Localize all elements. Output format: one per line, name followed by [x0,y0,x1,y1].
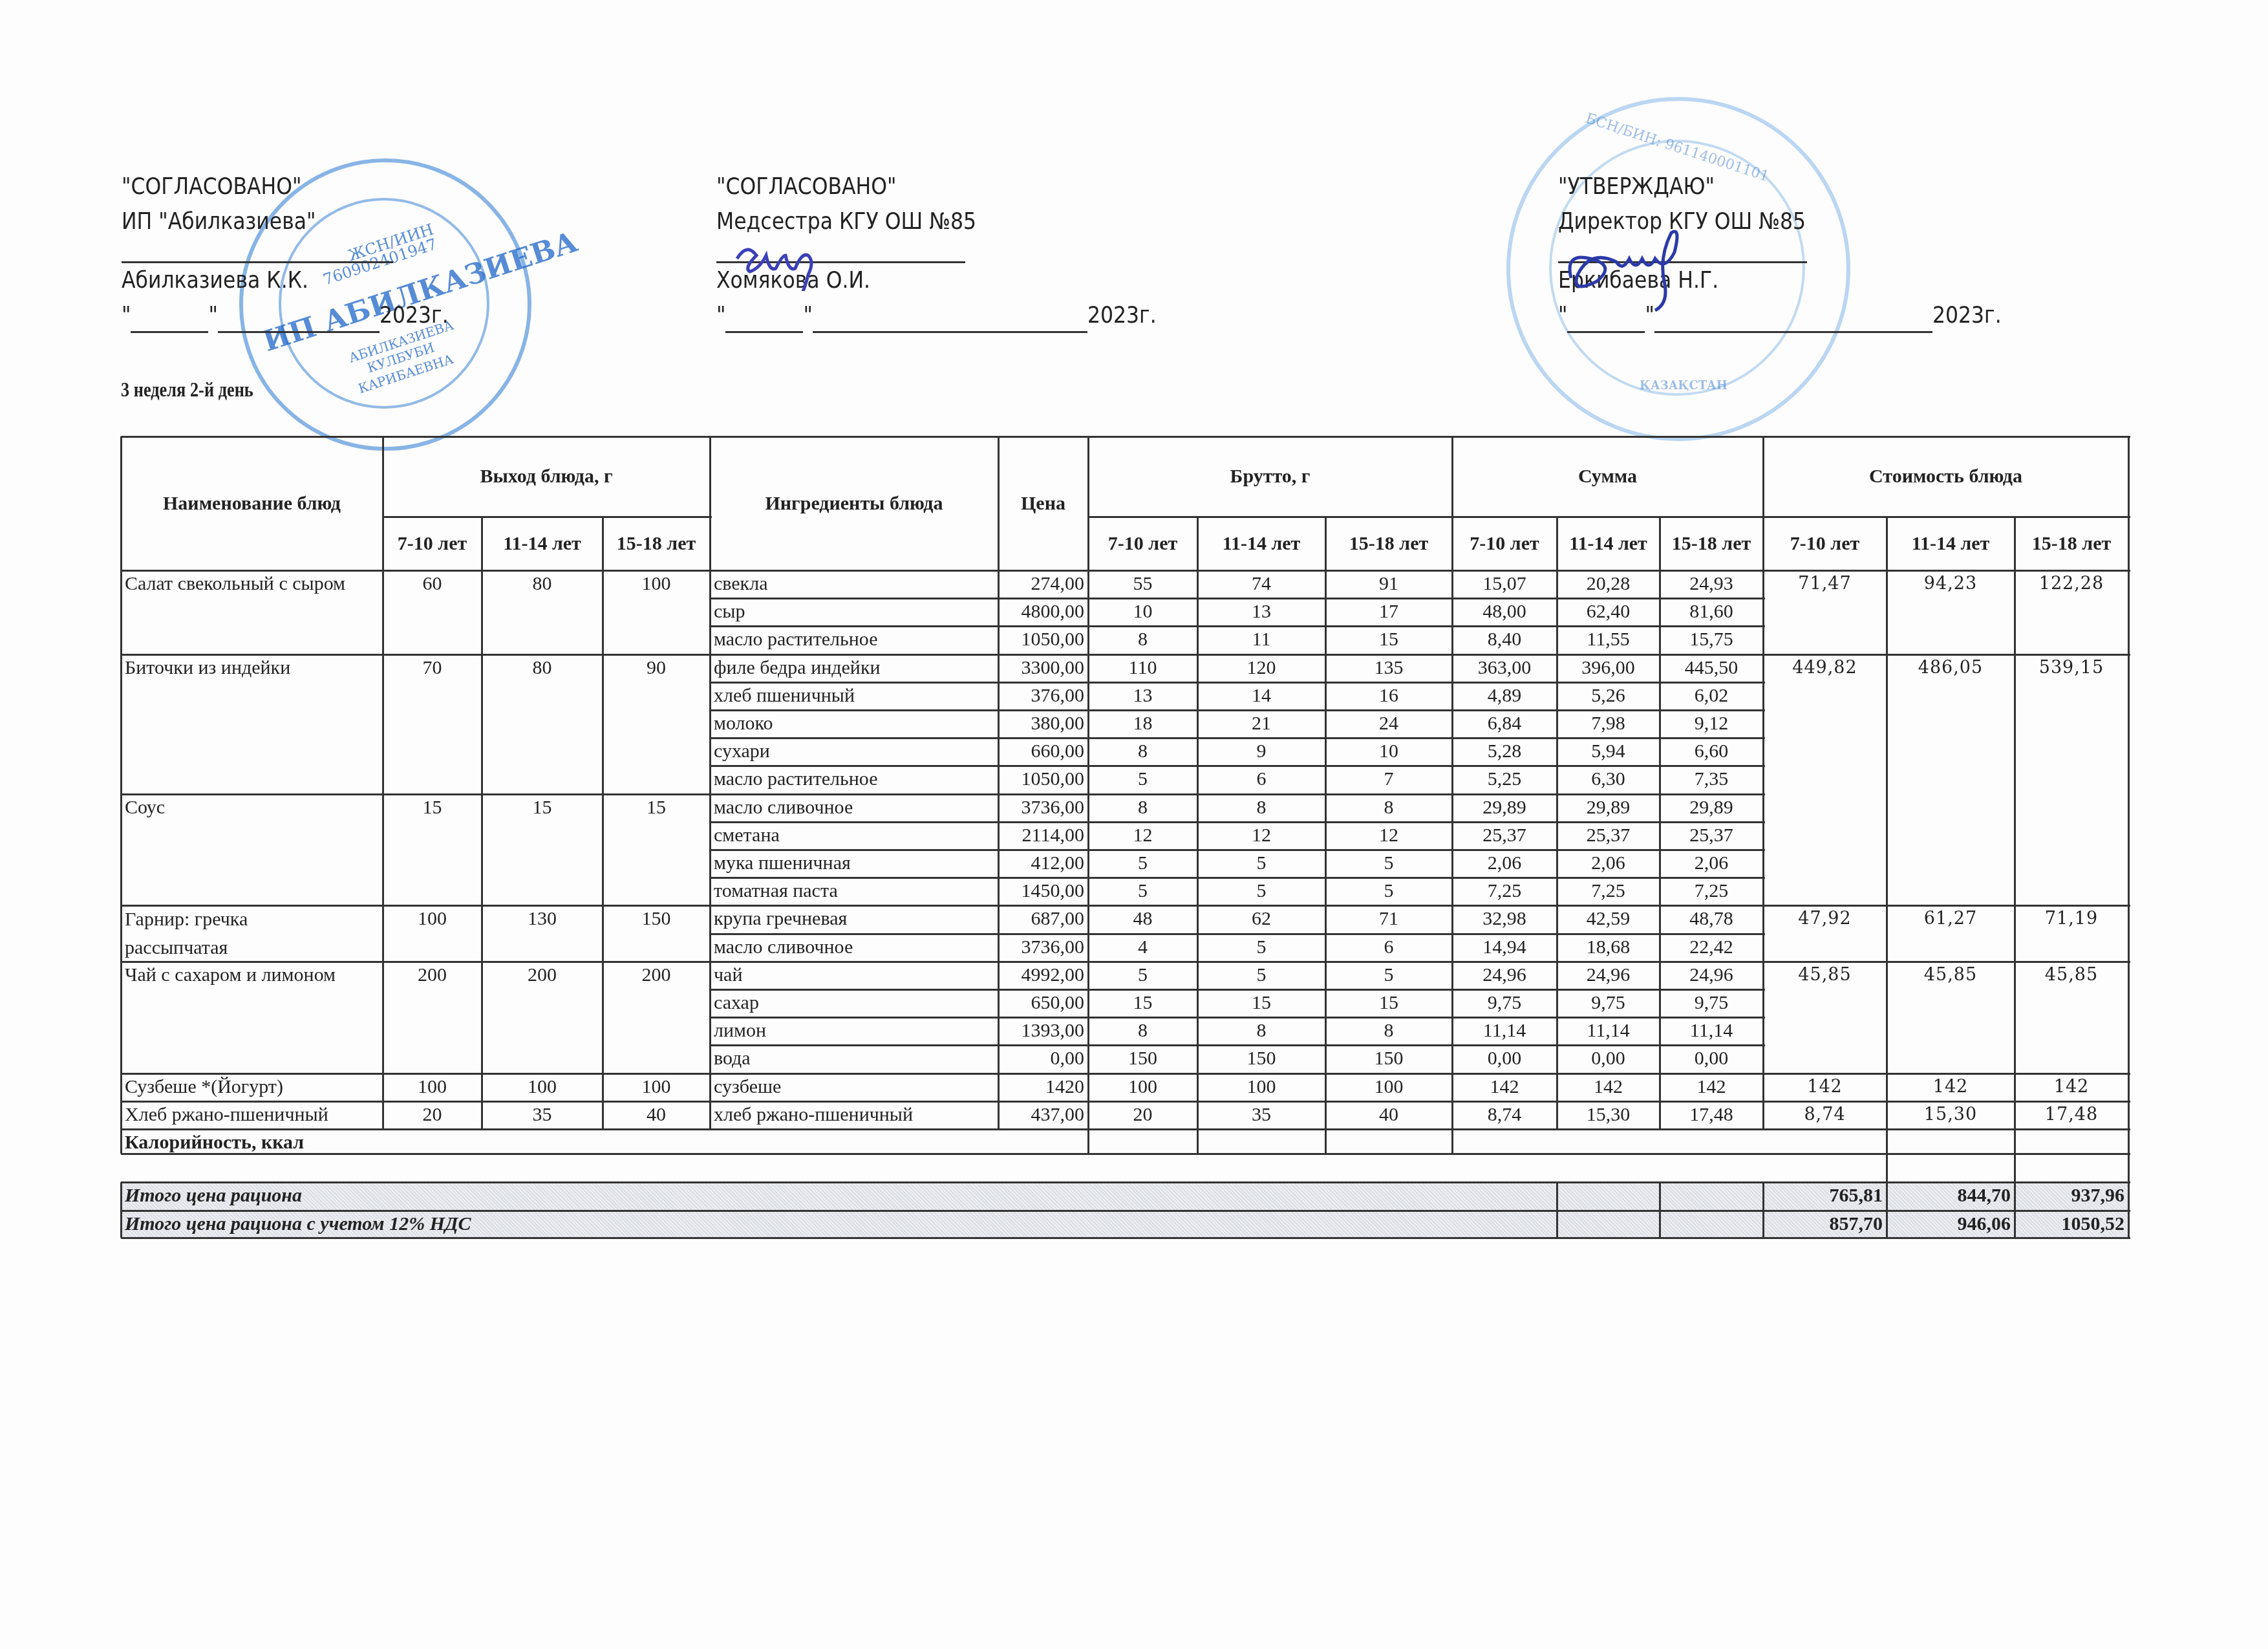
ingredient-sum: 7,25 [1557,878,1660,905]
ingredient-price: 274,00 [998,570,1088,598]
grid-line [120,1073,122,1101]
grid-line [1451,794,1453,906]
grid-line [998,962,1000,1073]
grid-line [481,1101,483,1129]
ingredient-gross: 16 [1325,682,1452,710]
grid-line [2014,1182,2016,1238]
grid-line [709,654,711,794]
ingredient-sum: 48,78 [1660,905,1763,933]
ingredient-gross: 21 [1197,710,1325,738]
ingredient-gross: 8 [1325,794,1452,822]
dish-cost: 45,85 [2015,962,2128,1073]
grid-line [1087,794,1089,906]
total-label: Итого цена рациона [121,1182,1557,1211]
total-empty-cell [1557,1211,1660,1238]
header-age-group: 7-10 лет [1088,517,1197,570]
dish-yield: 200 [383,962,482,1073]
ingredient-gross: 5 [1325,878,1452,905]
ingredient-gross: 100 [1325,1073,1452,1101]
dish-name-line: Гарнир: гречка [125,905,379,933]
grid-line [1325,570,1327,654]
ingredient-sum: 17,48 [1660,1101,1763,1129]
ingredient-gross: 6 [1197,766,1325,793]
header-age-group: 11-14 лет [482,517,603,570]
ingredient-gross: 13 [1088,682,1197,710]
grid-line [481,1073,483,1101]
total-vat-label: Итого цена рациона с учетом 12% НДС [121,1211,1557,1238]
ingredient-gross: 5 [1197,878,1325,905]
dish-cost: 15,30 [1887,1101,2015,1129]
ingredient-sum: 11,14 [1557,1017,1660,1045]
ingredient-sum: 15,07 [1452,570,1557,598]
ingredient-gross: 15 [1325,626,1452,654]
grid-line [710,1017,1765,1018]
dish-cost: 17,48 [2015,1101,2128,1129]
ingredient-price: 687,00 [998,905,1088,933]
grid-line [120,1129,122,1154]
ingredient-gross: 62 [1197,905,1325,933]
ingredient-gross: 5 [1088,766,1197,793]
ingredient-gross: 13 [1197,598,1325,626]
ingredient-sum: 6,84 [1452,710,1557,738]
dish-yield: 60 [383,570,482,654]
grid-line [1763,961,2130,963]
ingredient-price: 1050,00 [998,626,1088,654]
ingredient-sum: 48,00 [1452,598,1557,626]
ingredient-gross: 100 [1088,1073,1197,1101]
ingredient-sum: 445,50 [1660,654,1763,682]
ingredient-name: молоко [710,710,998,738]
grid-line [602,1073,604,1101]
grid-line [1325,1073,1327,1101]
dish-yield: 100 [383,1073,482,1101]
ingredient-name: масло растительное [710,626,998,654]
ingredient-price: 1050,00 [998,766,1088,793]
ingredient-price: 3300,00 [998,654,1088,682]
dish-yield: 130 [482,905,603,961]
grid-line [1762,1073,1764,1101]
ingredient-price: 4992,00 [998,962,1088,989]
ingredient-sum: 396,00 [1557,654,1660,682]
grid-line [121,570,1765,572]
ingredient-sum: 14,94 [1452,934,1557,962]
ingredient-sum: 9,75 [1660,989,1763,1017]
ingredient-sum: 7,25 [1452,878,1557,905]
grid-line [382,570,384,654]
ingredient-sum: 11,55 [1557,626,1660,654]
grid-line [710,598,1765,599]
header-gross: Брутто, г [1088,436,1452,517]
grid-line [998,1101,1000,1129]
grid-line [120,905,122,961]
header-yield: Выход блюда, г [383,436,710,517]
grid-line [1451,570,1453,654]
total-vat-value: 1050,52 [2015,1211,2128,1238]
ingredient-sum: 25,37 [1452,822,1557,850]
ingredient-sum: 142 [1557,1073,1660,1101]
grid-line [382,794,384,906]
ingredient-name: филе бедра индейки [710,654,998,682]
grid-line [1451,436,1453,570]
grid-line [2128,962,2130,1073]
total-value: 765,81 [1763,1182,1887,1211]
dish-cost: 45,85 [1763,962,1887,1073]
ingredient-gross: 11 [1197,626,1325,654]
grid-line [998,654,1000,794]
menu-table: Наименование блюдВыход блюда, гИнгредиен… [0,0,2268,1649]
grid-line [1451,1129,1453,1154]
grid-line [1659,570,1661,654]
grid-line [1659,654,1661,794]
ingredient-sum: 15,30 [1557,1101,1660,1129]
grid-line [121,905,1765,907]
dish-name: Хлеб ржано-пшеничный [121,1101,383,1129]
ingredient-gross: 120 [1197,654,1325,682]
header-age-group: 15-18 лет [1325,517,1452,570]
header-age-group: 7-10 лет [383,517,482,570]
ingredient-sum: 0,00 [1557,1045,1660,1073]
dish-yield: 15 [603,794,710,906]
grid-line [2014,1073,2016,1101]
grid-line [602,517,604,570]
ingredient-sum: 142 [1452,1073,1557,1101]
grid-line [1762,962,1764,1073]
grid-line [998,794,1000,906]
grid-line [1762,905,1764,961]
grid-line [710,821,1765,823]
grid-line [121,436,2130,438]
grid-line [382,1101,384,1129]
grid-line [121,1073,1765,1075]
ingredient-name: хлеб пшеничный [710,682,998,710]
grid-line [1556,1073,1558,1101]
ingredient-name: сухари [710,738,998,766]
ingredient-gross: 8 [1325,1017,1452,1045]
grid-line [2128,1073,2130,1101]
dish-yield: 200 [603,962,710,1073]
ingredient-gross: 9 [1197,738,1325,766]
dish-yield: 100 [603,570,710,654]
grid-line [1886,570,1888,654]
dish-yield: 40 [603,1101,710,1129]
ingredient-sum: 42,59 [1557,905,1660,933]
grid-line [382,962,384,1073]
ingredient-gross: 5 [1197,850,1325,878]
grid-line [2014,1154,2016,1182]
grid-line [709,1101,711,1129]
ingredient-sum: 5,25 [1452,766,1557,793]
dish-name: Гарнир: гречкарассыпчатая [121,905,383,961]
grid-line [1087,436,1089,570]
ingredient-name: вода [710,1045,998,1073]
dish-cost: 449,82 [1763,654,1887,906]
grid-line [1451,905,1453,961]
grid-line [1763,1073,2130,1075]
ingredient-sum: 29,89 [1557,794,1660,822]
menu-document-page: ИП АБИЛКАЗИЕВА ЖСН/ИИН 760902401947 АБИЛ… [0,0,2268,1649]
total-vat-value: 946,06 [1887,1211,2015,1238]
ingredient-sum: 7,25 [1660,878,1763,905]
ingredient-price: 380,00 [998,710,1088,738]
ingredient-sum: 11,14 [1452,1017,1557,1045]
grid-line [1556,570,1558,654]
ingredient-name: хлеб ржано-пшеничный [710,1101,998,1129]
dish-cost: 142 [1763,1073,1887,1101]
grid-line [382,436,384,570]
dish-yield: 35 [482,1101,603,1129]
grid-line [1762,1182,1764,1238]
grid-line [2128,1101,2130,1129]
grid-line [998,905,1000,961]
ingredient-gross: 55 [1088,570,1197,598]
header-age-group: 11-14 лет [1887,517,2015,570]
ingredient-name: масло сливочное [710,794,998,822]
grid-line [602,794,604,906]
ingredient-sum: 2,06 [1557,850,1660,878]
grid-line [1087,1129,1089,1154]
ingredient-gross: 91 [1325,570,1452,598]
grid-line [120,794,122,906]
ingredient-sum: 0,00 [1452,1045,1557,1073]
ingredient-price: 4800,00 [998,598,1088,626]
dish-yield: 100 [603,1073,710,1101]
ingredient-sum: 6,02 [1660,682,1763,710]
dish-yield: 15 [383,794,482,906]
dish-name-line: рассыпчатая [125,934,379,962]
ingredient-gross: 12 [1088,822,1197,850]
header-age-group: 7-10 лет [1763,517,1887,570]
ingredient-name: крупа гречневая [710,905,998,933]
total-empty-cell [1660,1211,1763,1238]
dish-cost: 486,05 [1887,654,2015,906]
ingredient-gross: 5 [1325,962,1452,989]
ingredient-price: 3736,00 [998,794,1088,822]
dish-yield: 15 [482,794,603,906]
ingredient-sum: 29,89 [1660,794,1763,822]
grid-line [1197,905,1199,961]
dish-yield: 70 [383,654,482,794]
ingredient-sum: 24,96 [1660,962,1763,989]
ingredient-gross: 5 [1197,934,1325,962]
ingredient-price: 1393,00 [998,1017,1088,1045]
grid-line [120,1101,122,1129]
ingredient-price: 437,00 [998,1101,1088,1129]
grid-line [383,516,712,518]
dish-cost: 539,15 [2015,654,2128,906]
grid-line [481,962,483,1073]
grid-line [481,654,483,794]
grid-line [1659,1182,1661,1238]
ingredient-gross: 4 [1088,934,1197,962]
ingredient-sum: 32,98 [1452,905,1557,933]
dish-yield: 150 [603,905,710,961]
grid-line [710,765,1765,767]
ingredient-sum: 142 [1660,1073,1763,1101]
grid-line [2014,1129,2016,1154]
grid-line [710,877,1765,879]
header-price: Цена [998,436,1088,570]
header-age-group: 15-18 лет [1660,517,1763,570]
grid-line [2014,570,2016,654]
grid-line [1087,570,1089,654]
ingredient-sum: 24,93 [1660,570,1763,598]
ingredient-sum: 9,75 [1557,989,1660,1017]
ingredient-gross: 12 [1197,822,1325,850]
dish-cost: 122,28 [2015,570,2128,654]
grid-line [1325,654,1327,794]
grid-line [120,436,122,570]
ingredient-gross: 5 [1088,850,1197,878]
grid-line [1556,517,1558,570]
ingredient-gross: 110 [1088,654,1197,682]
grid-line [1762,436,1764,570]
grid-line [1659,1073,1661,1101]
dish-yield: 90 [603,654,710,794]
ingredient-sum: 2,06 [1660,850,1763,878]
grid-line [121,1101,1765,1103]
ingredient-gross: 40 [1325,1101,1452,1129]
dish-cost: 71,47 [1763,570,1887,654]
grid-line [1197,517,1199,570]
grid-line [2014,905,2016,961]
grid-line [481,517,483,570]
grid-line [2014,517,2016,570]
grid-line [2128,570,2130,654]
grid-line [1886,905,1888,961]
ingredient-gross: 17 [1325,598,1452,626]
ingredient-gross: 8 [1197,794,1325,822]
grid-line [709,962,711,1073]
grid-line [602,1101,604,1129]
grid-line [709,436,711,570]
ingredient-gross: 15 [1088,989,1197,1017]
ingredient-sum: 81,60 [1660,598,1763,626]
grid-line [1763,905,2130,907]
grid-line [382,905,384,961]
ingredient-sum: 2,06 [1452,850,1557,878]
ingredient-gross: 150 [1088,1045,1197,1073]
dish-yield: 80 [482,654,603,794]
ingredient-gross: 5 [1197,962,1325,989]
grid-line [1556,1101,1558,1129]
total-empty-cell [1557,1182,1660,1211]
ingredient-sum: 15,75 [1660,626,1763,654]
grid-line [1556,905,1558,961]
dish-name: Соус [121,794,383,906]
dish-yield: 80 [482,570,603,654]
grid-line [709,905,711,961]
grid-line [1197,654,1199,794]
header-cost: Стоимость блюда [1763,436,2128,517]
grid-line [1325,905,1327,961]
ingredient-gross: 8 [1088,738,1197,766]
grid-line [120,1182,122,1238]
dish-cost: 61,27 [1887,905,2015,961]
grid-line [1197,1101,1199,1129]
ingredient-gross: 24 [1325,710,1452,738]
grid-line [1556,794,1558,906]
grid-line [998,570,1000,654]
grid-line [710,1044,1765,1046]
ingredient-sum: 6,60 [1660,738,1763,766]
grid-line [1659,517,1661,570]
ingredient-gross: 18 [1088,710,1197,738]
grid-line [481,905,483,961]
grid-line [1087,1101,1089,1129]
ingredient-gross: 35 [1197,1101,1325,1129]
grid-line [1659,962,1661,1073]
grid-line [710,849,1765,851]
ingredient-sum: 20,28 [1557,570,1660,598]
grid-line [1659,1101,1661,1129]
ingredient-gross: 15 [1325,989,1452,1017]
grid-line [121,1181,2130,1183]
grid-line [1886,1073,1888,1101]
grid-line [1087,962,1089,1073]
grid-line [1451,1073,1453,1101]
header-dish-name: Наименование блюд [121,436,383,570]
grid-line [121,1210,2130,1212]
grid-line [1886,1182,1888,1238]
ingredient-gross: 5 [1088,878,1197,905]
ingredient-gross: 20 [1088,1101,1197,1129]
ingredient-gross: 8 [1088,794,1197,822]
ingredient-gross: 150 [1197,1045,1325,1073]
grid-line [1763,1101,2130,1103]
ingredient-gross: 7 [1325,766,1452,793]
grid-line [382,1073,384,1101]
grid-line [602,962,604,1073]
ingredient-gross: 5 [1088,962,1197,989]
grid-line [602,570,604,654]
ingredient-price: 0,00 [998,1045,1088,1073]
grid-line [120,570,122,654]
ingredient-sum: 11,14 [1660,1017,1763,1045]
grid-line [2128,1182,2130,1238]
grid-line [2128,905,2130,961]
grid-line [1886,1129,1888,1154]
ingredient-sum: 62,40 [1557,598,1660,626]
ingredient-name: чай [710,962,998,989]
ingredient-gross: 8 [1197,1017,1325,1045]
grid-line [1197,794,1199,906]
grid-line [1886,1154,1888,1182]
ingredient-sum: 8,40 [1452,626,1557,654]
header-sum: Сумма [1452,436,1763,517]
grid-line [382,654,384,794]
ingredient-price: 1450,00 [998,878,1088,905]
ingredient-price: 3736,00 [998,934,1088,962]
header-age-group: 11-14 лет [1197,517,1325,570]
dish-cost: 142 [2015,1073,2128,1101]
grid-line [1087,905,1089,961]
grid-line [998,436,1000,570]
ingredient-sum: 25,37 [1557,822,1660,850]
grid-line [1556,962,1558,1073]
grid-line [1762,654,1764,794]
ingredient-name: сыр [710,598,998,626]
grid-line [2014,794,2016,906]
ingredient-gross: 6 [1325,934,1452,962]
grid-line [121,961,1765,963]
grid-line [1762,570,1764,654]
grid-line [602,905,604,961]
grid-line [120,654,122,794]
grid-line [709,570,711,654]
grid-line [1886,1101,1888,1129]
ingredient-gross: 71 [1325,905,1452,933]
grid-line [1886,962,1888,1073]
